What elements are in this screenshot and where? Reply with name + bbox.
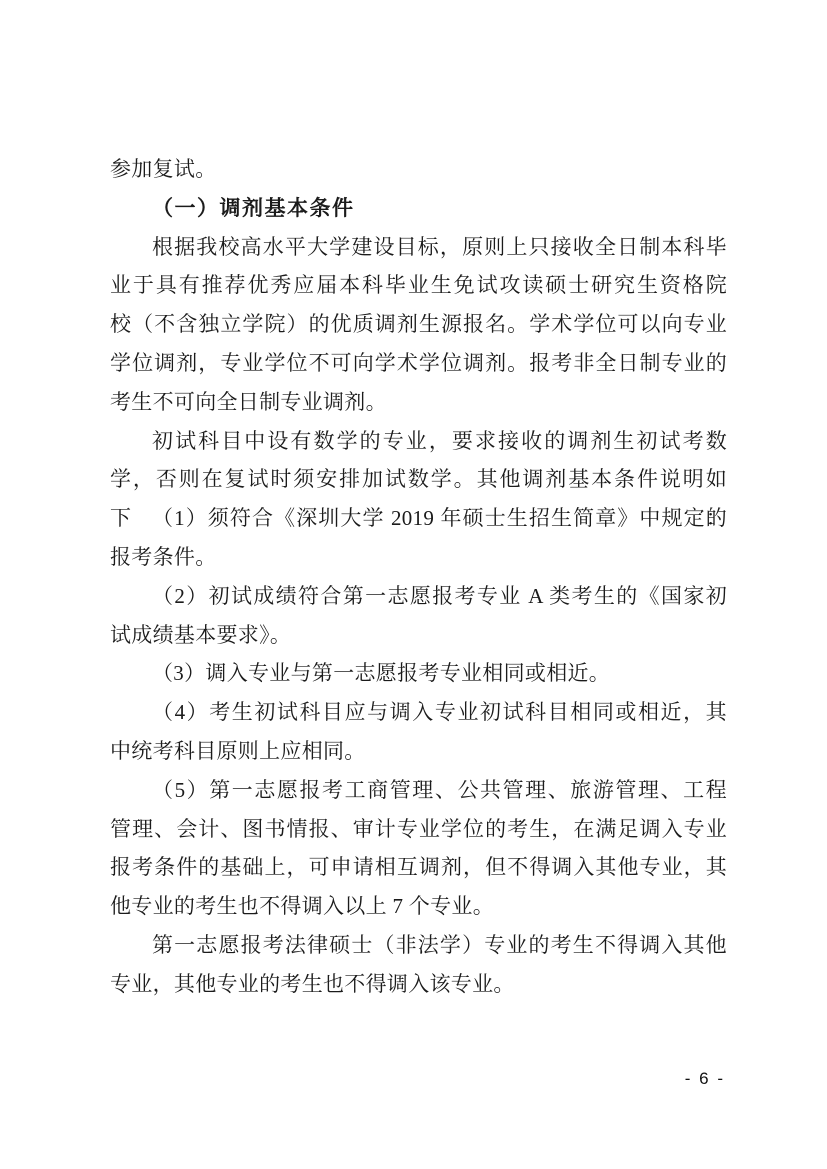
document-page: 参加复试。 （一）调剂基本条件 根据我校高水平大学建设目标，原则上只接收全日制本…: [0, 0, 827, 1169]
text-line: 业于具有推荐优秀应届本科毕业生免试攻读硕士研究生资格院: [110, 266, 727, 305]
text-line: 根据我校高水平大学建设目标，原则上只接收全日制本科毕: [110, 228, 727, 267]
text-line: 初试科目中设有数学的专业，要求接收的调剂生初试考数: [110, 422, 727, 461]
list-item-1: （1）须符合《深圳大学 2019 年硕士生招生简章》中规定的: [110, 499, 727, 538]
list-item-5: （5）第一志愿报考工商管理、公共管理、旅游管理、工程: [110, 771, 727, 810]
text-line: 中统考科目原则上应相同。: [110, 732, 727, 771]
section-heading: （一）调剂基本条件: [110, 189, 727, 228]
list-item-2: （2）初试成绩符合第一志愿报考专业 A 类考生的《国家初: [110, 577, 727, 616]
text-line: 第一志愿报考法律硕士（非法学）专业的考生不得调入其他: [110, 926, 727, 965]
text-line: 报考条件。: [110, 538, 727, 577]
text-line: 管理、会计、图书情报、审计专业学位的考生，在满足调入专业: [110, 810, 727, 849]
text-line: 参加复试。: [110, 150, 727, 189]
list-item-3: （3）调入专业与第一志愿报考专业相同或相近。: [110, 654, 727, 693]
text-line: 学，否则在复试时须安排加试数学。其他调剂基本条件说明如下：: [110, 460, 727, 499]
text-line: 报考条件的基础上，可申请相互调剂，但不得调入其他专业，其: [110, 848, 727, 887]
list-item-4: （4）考生初试科目应与调入专业初试科目相同或相近，其: [110, 693, 727, 732]
text-line: 专业，其他专业的考生也不得调入该专业。: [110, 965, 727, 1004]
text-line: 校（不含独立学院）的优质调剂生源报名。学术学位可以向专业: [110, 305, 727, 344]
document-text-block: 参加复试。 （一）调剂基本条件 根据我校高水平大学建设目标，原则上只接收全日制本…: [110, 150, 727, 1004]
text-line: 考生不可向全日制专业调剂。: [110, 383, 727, 422]
text-line: 他专业的考生也不得调入以上 7 个专业。: [110, 887, 727, 926]
text-line: 学位调剂，专业学位不可向学术学位调剂。报考非全日制专业的: [110, 344, 727, 383]
page-number: - 6 -: [685, 1068, 725, 1090]
text-line: 试成绩基本要求》。: [110, 616, 727, 655]
